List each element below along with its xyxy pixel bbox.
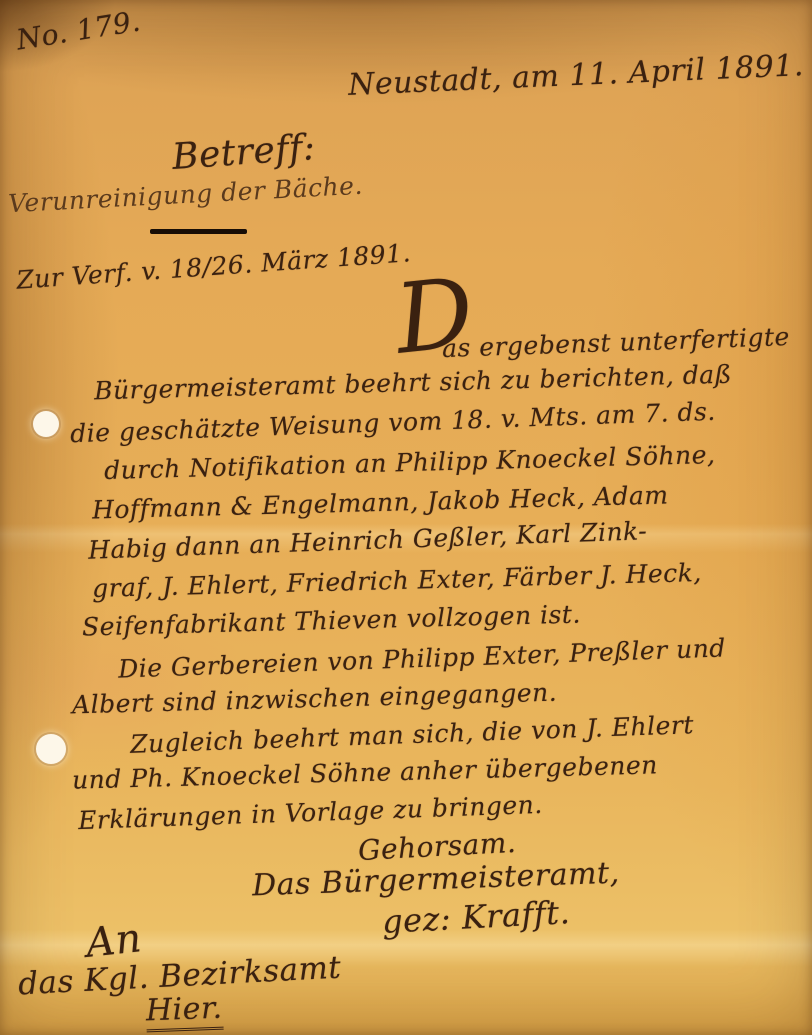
body-line: durch Notifikation an Philipp Knoeckel S… — [104, 440, 716, 485]
body-line: Seifenfabrikant Thieven vollzogen ist. — [82, 599, 582, 641]
letter-page: No. 179. Neustadt, am 11. April 1891. Be… — [0, 0, 812, 1035]
document-number: No. 179. — [14, 4, 143, 56]
body-line: Die Gerbereien von Philipp Exter, Preßle… — [118, 633, 727, 683]
body-line: Albert sind inzwischen eingegangen. — [72, 678, 558, 720]
body-line: die geschätzte Weisung vom 18. v. Mts. a… — [70, 397, 717, 449]
address-recipient-place: Hier. — [145, 991, 223, 1033]
address-recipient-an: An — [84, 915, 144, 967]
body-line: Habig dann an Heinrich Geßler, Karl Zink… — [88, 516, 648, 565]
dateline: Neustadt, am 11. April 1891. — [347, 48, 804, 103]
subject-text: Verunreinigung der Bäche. — [7, 171, 363, 219]
body-line: graf, J. Ehlert, Friedrich Exter, Färber… — [92, 558, 702, 603]
subject-underline-rule — [150, 229, 247, 234]
reference-line: Zur Verf. v. 18/26. März 1891. — [15, 238, 411, 295]
punch-hole-bottom — [36, 734, 66, 764]
closing-signature: gez: Krafft. — [381, 893, 571, 941]
subject-label: Betreff: — [171, 127, 317, 178]
punch-hole-top — [33, 411, 59, 437]
body-line: as ergebenst unterfertigte — [442, 322, 791, 363]
